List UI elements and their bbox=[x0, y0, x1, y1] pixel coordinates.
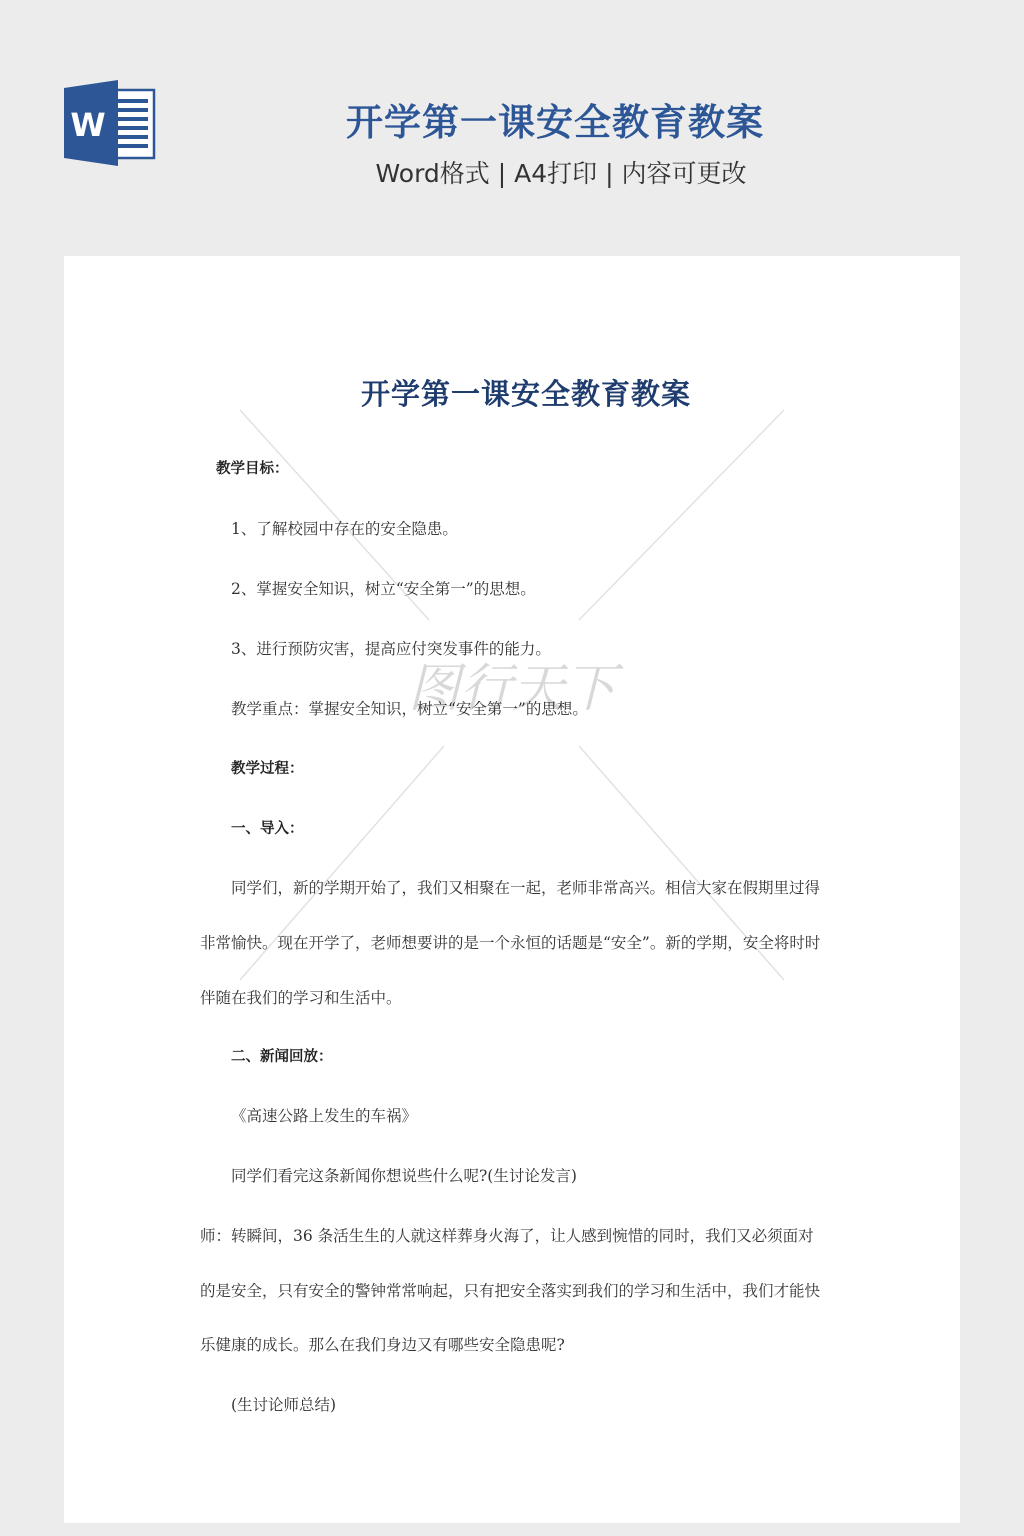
paragraph-line: 的是安全，只有安全的警钟常常响起，只有把安全落实到我们的学习和生活中，我们才能快 bbox=[200, 1279, 820, 1301]
header-subtitle: Word格式 | A4打印 | 内容可更改 bbox=[0, 154, 1024, 190]
paragraph-line: 乐健康的成长。那么在我们身边又有哪些安全隐患呢? bbox=[200, 1333, 565, 1355]
discussion-summary: (生讨论师总结) bbox=[231, 1393, 336, 1415]
goal-item-2: 2、掌握安全知识，树立“安全第一”的思想。 bbox=[231, 577, 536, 599]
goal-item-3: 3、进行预防灾害，提高应付突发事件的能力。 bbox=[231, 637, 551, 659]
header-title: 开学第一课安全教育教案 bbox=[0, 92, 1024, 146]
document-page: 图行天下 开学第一课安全教育教案 教学目标： 1、了解校园中存在的安全隐患。 2… bbox=[64, 256, 960, 1523]
key-point: 教学重点：掌握安全知识，树立“安全第一”的思想。 bbox=[231, 697, 588, 719]
discussion-prompt: 同学们看完这条新闻你想说些什么呢?(生讨论发言) bbox=[231, 1164, 577, 1186]
document-title: 开学第一课安全教育教案 bbox=[64, 372, 960, 413]
paragraph-line: 同学们，新的学期开始了，我们又相聚在一起，老师非常高兴。相信大家在假期里过得 bbox=[231, 876, 820, 898]
section-heading-news: 二、新闻回放： bbox=[231, 1045, 333, 1066]
goal-item-1: 1、了解校园中存在的安全隐患。 bbox=[231, 517, 458, 539]
section-heading-process: 教学过程： bbox=[231, 757, 304, 778]
news-title: 《高速公路上发生的车祸》 bbox=[231, 1104, 417, 1126]
section-heading-goals: 教学目标： bbox=[216, 457, 289, 478]
section-heading-intro: 一、导入： bbox=[231, 817, 304, 838]
paragraph-line: 非常愉快。现在开学了，老师想要讲的是一个永恒的话题是“安全”。新的学期，安全将时… bbox=[200, 931, 820, 953]
paragraph-line: 伴随在我们的学习和生活中。 bbox=[200, 986, 402, 1008]
paragraph-line: 师：转瞬间，36 条活生生的人就这样葬身火海了，让人感到惋惜的同时，我们又必须面… bbox=[200, 1224, 814, 1246]
